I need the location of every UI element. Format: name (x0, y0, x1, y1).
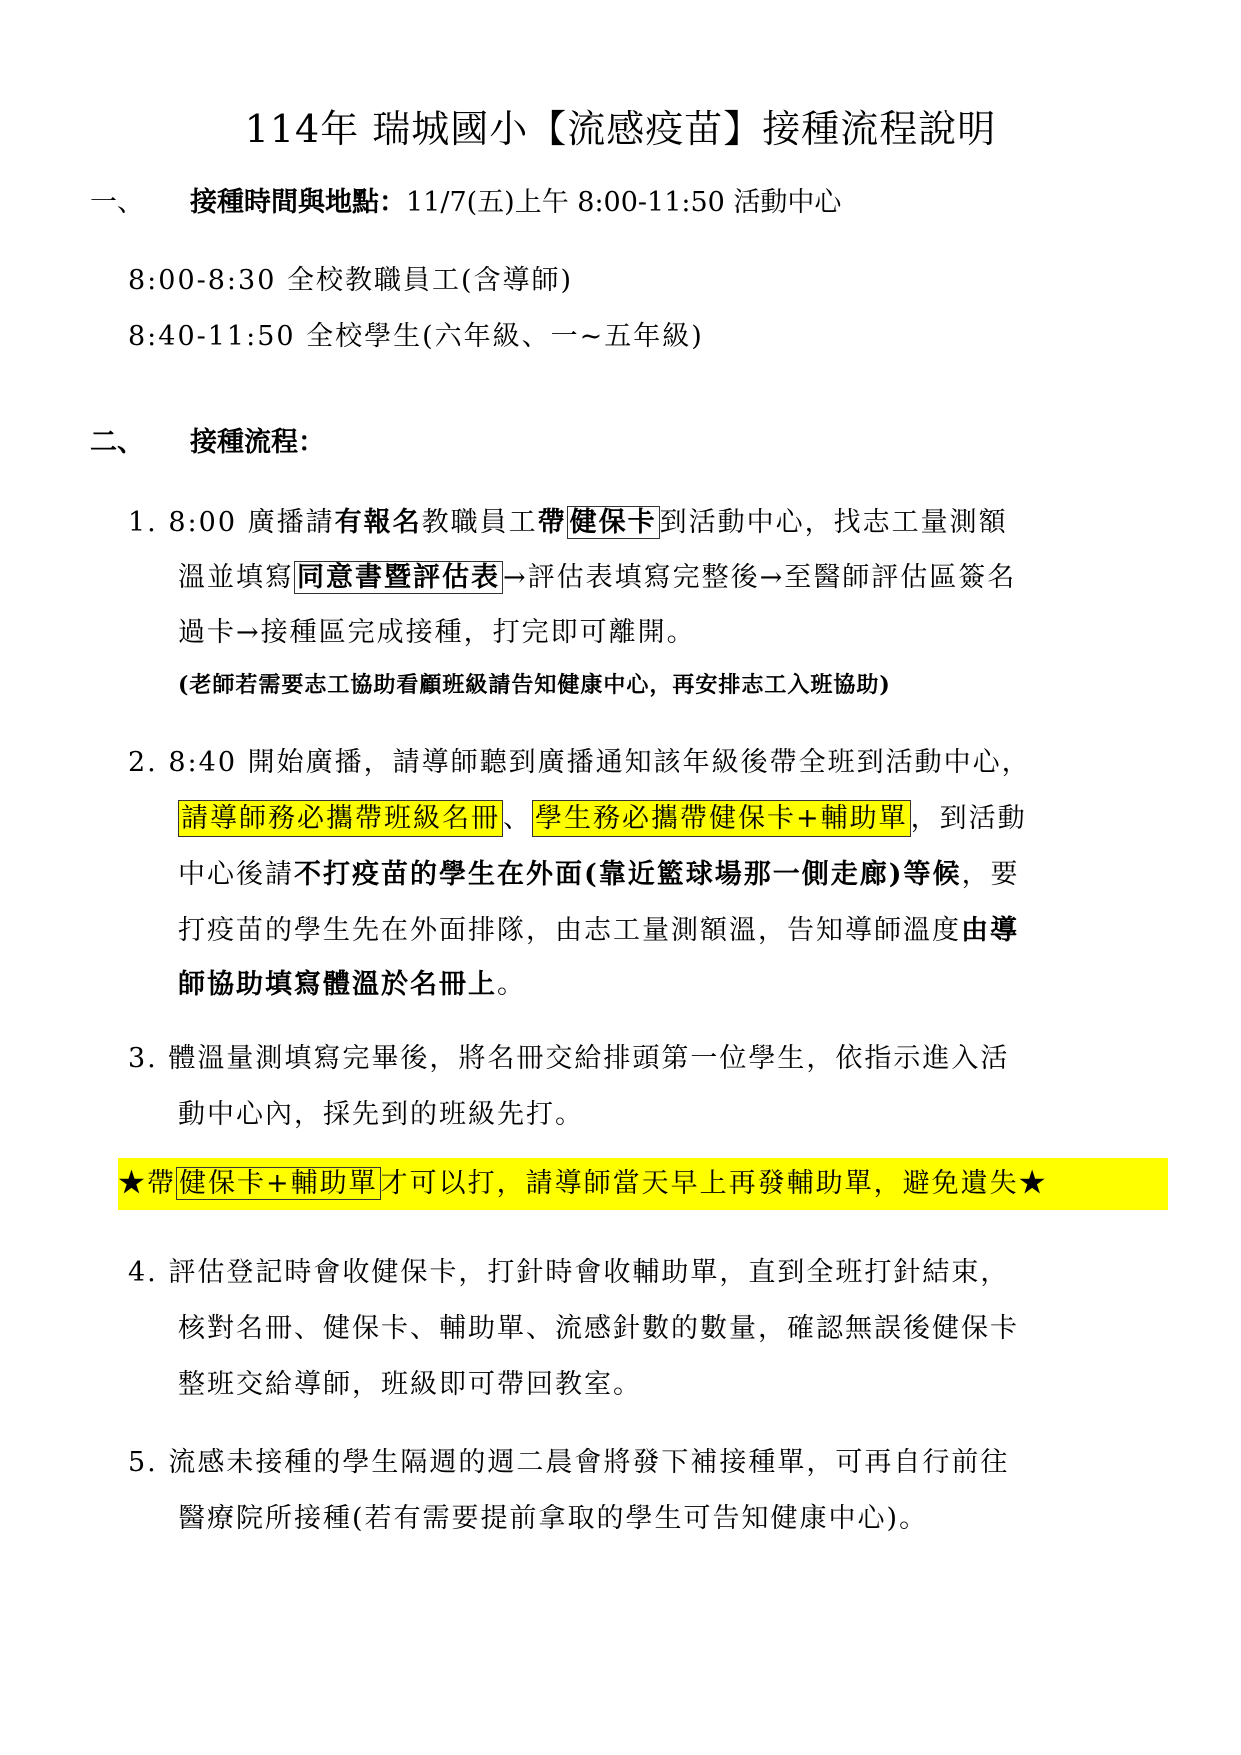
schedule-students: 8:40-11:50 全校學生(六年級、一~五年級) (128, 314, 704, 353)
star-icon: ★ (1019, 1168, 1048, 1199)
text: 溫並填寫 (178, 562, 294, 593)
step-2-number: 2. (128, 747, 158, 778)
text: 。 (497, 969, 526, 1000)
bold-text: 不打疫苗的學生在外面(靠近籃球場那一側走廊)等候 (294, 859, 962, 890)
step-1-note: (老師若需要志工協助看顧班級請告知健康中心，再安排志工入班協助) (178, 668, 891, 699)
star-icon: ★ (118, 1168, 147, 1199)
highlight-class-roster: 請導師務必攜帶班級名冊 (178, 800, 503, 837)
step-3-number: 3. (128, 1043, 158, 1074)
section-1-value: 11/7(五)上午 8:00-11:50 活動中心 (406, 187, 841, 218)
step-2-line-3: 中心後請不打疫苗的學生在外面(靠近籃球場那一側走廊)等候，要 (178, 852, 1020, 891)
step-4-number: 4. (128, 1257, 158, 1288)
step-4-line-1: 4. 評估登記時會收健保卡，打針時會收輔助單，直到全班打針結束， (128, 1250, 1009, 1289)
text: 教職員工 (422, 507, 538, 538)
boxed-text-card-and-form: 健保卡+輔助單 (176, 1167, 381, 1200)
text: 中心後請 (178, 859, 294, 890)
section-2-number: 二、 (90, 420, 190, 459)
step-4-line-2: 核對名冊、健保卡、輔助單、流感針數的數量，確認無誤後健保卡 (178, 1306, 1019, 1345)
step-2-line-5: 師協助填寫體溫於名冊上。 (178, 962, 526, 1001)
text: 8:00 廣播請 (168, 507, 334, 538)
text: 8:40 開始廣播，請導師聽到廣播通知該年級後帶全班到活動中心， (168, 747, 1030, 778)
section-1-heading: 一、接種時間與地點：11/7(五)上午 8:00-11:50 活動中心 (90, 180, 841, 219)
text: 才可以打，請導師當天早上再發輔助單，避免遺失 (381, 1168, 1019, 1199)
text: 評估登記時會收健保卡，打針時會收輔助單，直到全班打針結束， (168, 1257, 1009, 1288)
text: 、 (503, 803, 532, 834)
step-2-line-2: 請導師務必攜帶班級名冊、學生務必攜帶健保卡+輔助單，到活動 (178, 796, 1027, 835)
boxed-text-consent-form: 同意書暨評估表 (294, 561, 503, 594)
step-3-line-2: 動中心內，採先到的班級先打。 (178, 1092, 584, 1131)
highlight-health-card: 學生務必攜帶健保卡+輔助單 (532, 800, 911, 837)
text: ，要 (962, 859, 1020, 890)
step-5-number: 5. (128, 1447, 158, 1478)
bold-text: 帶 (538, 507, 567, 538)
step-2-line-1: 2. 8:40 開始廣播，請導師聽到廣播通知該年級後帶全班到活動中心， (128, 740, 1031, 779)
text: 帶 (147, 1168, 176, 1199)
step-1-line-3: 過卡→接種區完成接種，打完即可離開。 (178, 610, 696, 649)
bold-text: 有報名 (335, 507, 422, 538)
step-1-number: 1. (128, 507, 158, 538)
step-1-line-2: 溫並填寫同意書暨評估表→評估表填寫完整後→至醫師評估區簽名 (178, 555, 1016, 594)
bold-text: 由導 (961, 915, 1019, 946)
section-2-label: 接種流程： (190, 427, 325, 458)
step-5-line-1: 5. 流感未接種的學生隔週的週二晨會將發下補接種單，可再自行前往 (128, 1440, 1009, 1479)
step-2-line-4: 打疫苗的學生先在外面排隊，由志工量測額溫，告知導師溫度由導 (178, 908, 1019, 947)
step-5-line-2: 醫療院所接種(若有需要提前拿取的學生可告知健康中心)。 (178, 1496, 928, 1535)
schedule-staff: 8:00-8:30 全校教職員工(含導師) (128, 258, 573, 297)
text: 流感未接種的學生隔週的週二晨會將發下補接種單，可再自行前往 (168, 1447, 1009, 1478)
text: →評估表填寫完整後→至醫師評估區簽名 (503, 562, 1016, 593)
section-1-label: 接種時間與地點： (190, 187, 406, 218)
page-title: 114年 瑞城國小【流感疫苗】接種流程說明 (0, 98, 1241, 153)
section-2-heading: 二、接種流程： (90, 420, 325, 459)
section-1-number: 一、 (90, 180, 190, 219)
boxed-text-health-card: 健保卡 (567, 506, 660, 539)
text: ，到活動 (911, 803, 1027, 834)
bold-text: 師協助填寫體溫於名冊上 (178, 969, 497, 1000)
text: 到活動中心，找志工量測額 (660, 507, 1008, 538)
text: 體溫量測填寫完畢後，將名冊交給排頭第一位學生，依指示進入活 (168, 1043, 1009, 1074)
step-1-line-1: 1. 8:00 廣播請有報名教職員工帶健保卡到活動中心，找志工量測額 (128, 500, 1008, 539)
step-4-line-3: 整班交給導師，班級即可帶回教室。 (178, 1362, 642, 1401)
warning-banner: ★帶健保卡+輔助單才可以打，請導師當天早上再發輔助單，避免遺失★ (118, 1158, 1168, 1210)
step-3-line-1: 3. 體溫量測填寫完畢後，將名冊交給排頭第一位學生，依指示進入活 (128, 1036, 1009, 1075)
text: 打疫苗的學生先在外面排隊，由志工量測額溫，告知導師溫度 (178, 915, 961, 946)
